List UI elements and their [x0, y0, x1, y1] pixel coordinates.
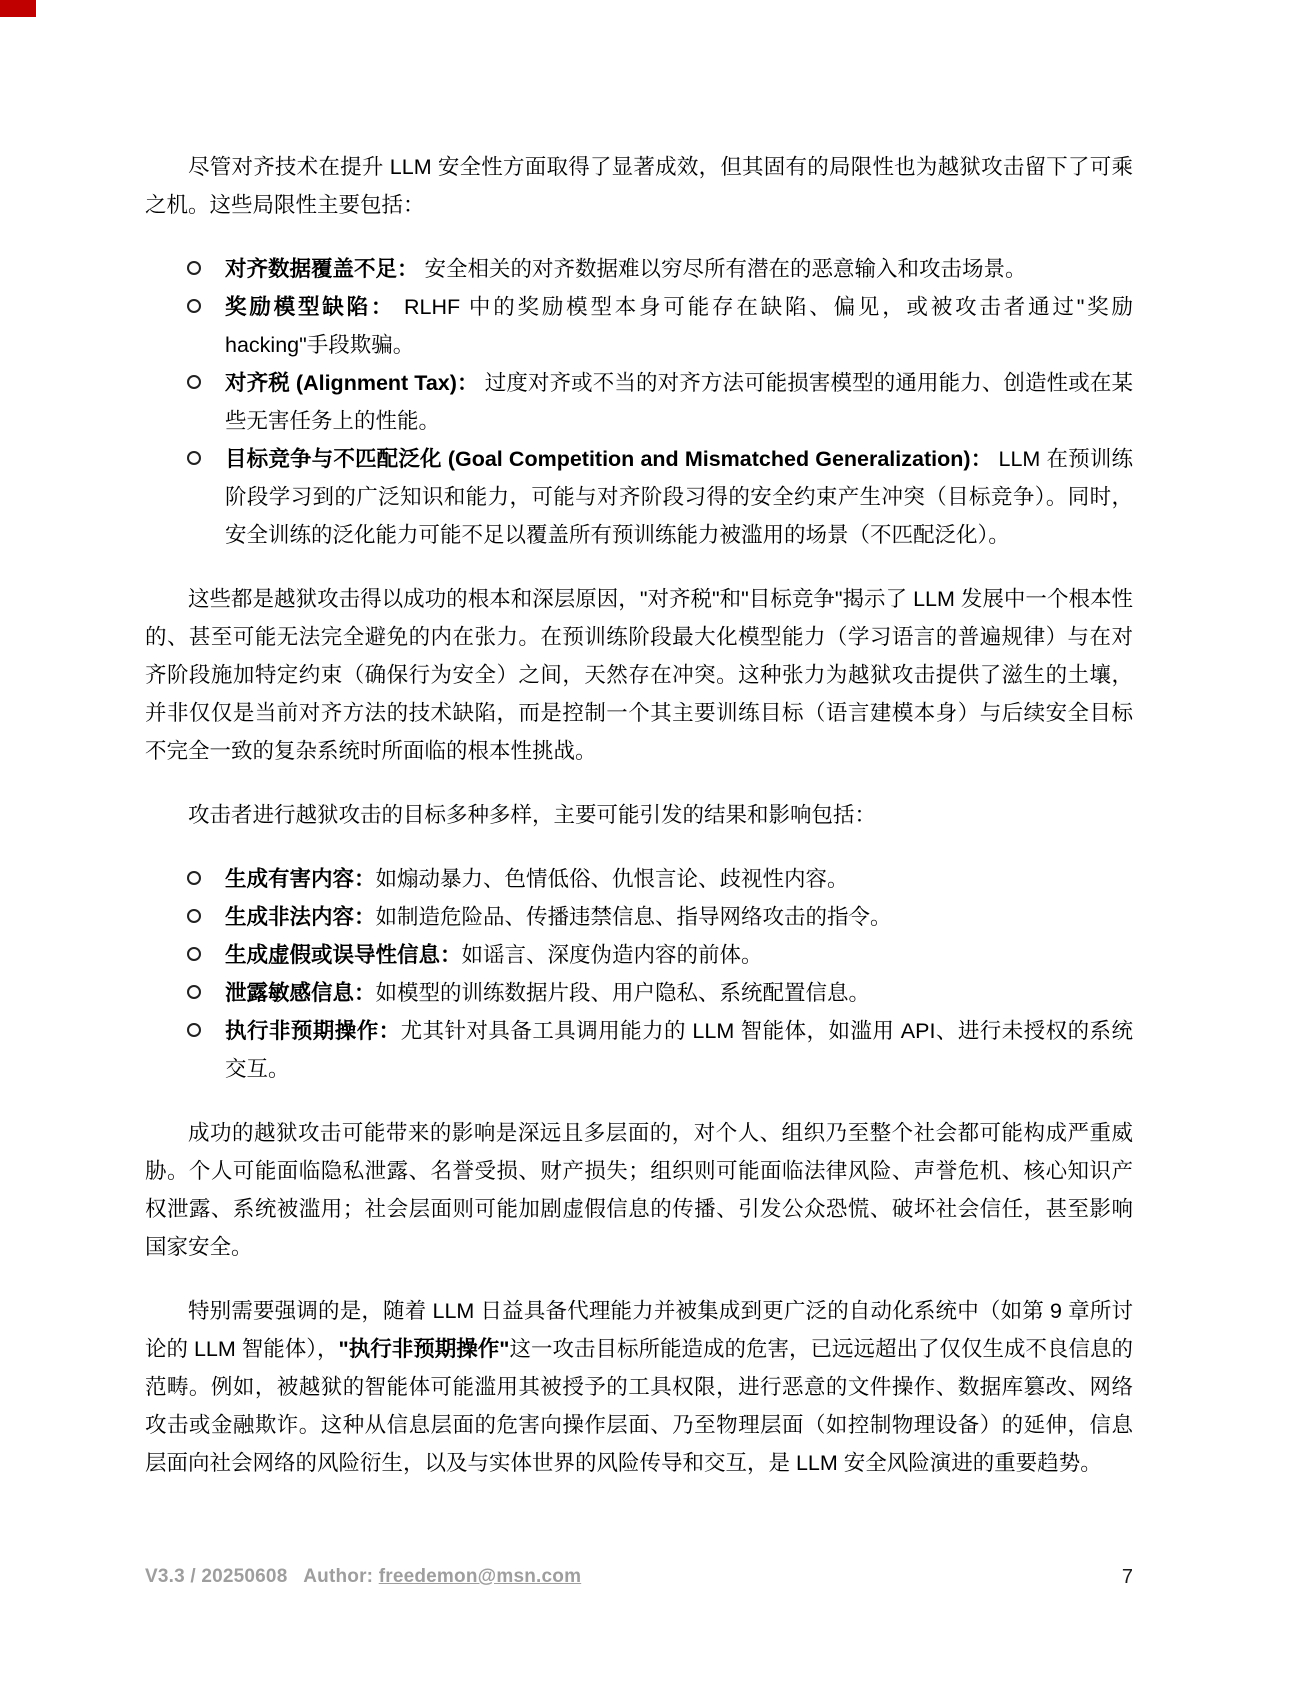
circle-bullet-icon	[187, 451, 201, 465]
body-text: 这些都是越狱攻击得以成功的根本和深层原因，"对齐税"和"目标竞争"揭示了 LLM…	[145, 587, 1133, 763]
list-item-label: 奖励模型缺陷：	[225, 295, 395, 319]
list-item-text: 如煽动暴力、色情低俗、仇恨言论、歧视性内容。	[376, 867, 849, 891]
circle-bullet-icon	[187, 947, 201, 961]
page-footer: V3.3 / 20250608 Author: freedemon@msn.co…	[145, 1566, 1133, 1589]
list-item-label: 执行非预期操作：	[225, 1019, 401, 1043]
list-item-text: 安全相关的对齐数据难以穷尽所有潜在的恶意输入和攻击场景。	[419, 257, 1027, 281]
list-item: 生成虚假或误导性信息：如谣言、深度伪造内容的前体。	[145, 936, 1133, 974]
list-item: 目标竞争与不匹配泛化 (Goal Competition and Mismatc…	[145, 440, 1133, 554]
paragraph: 成功的越狱攻击可能带来的影响是深远且多层面的，对个人、组织乃至整个社会都可能构成…	[145, 1114, 1133, 1266]
list-item: 对齐税 (Alignment Tax)： 过度对齐或不当的对齐方法可能损害模型的…	[145, 364, 1133, 440]
list-item-label: 泄露敏感信息：	[225, 981, 376, 1005]
page-number: 7	[1122, 1566, 1133, 1589]
author-email-link[interactable]: freedemon@msn.com	[379, 1566, 581, 1587]
bullet-list: 对齐数据覆盖不足： 安全相关的对齐数据难以穷尽所有潜在的恶意输入和攻击场景。奖励…	[145, 250, 1133, 554]
circle-bullet-icon	[187, 871, 201, 885]
body-text: 成功的越狱攻击可能带来的影响是深远且多层面的，对个人、组织乃至整个社会都可能构成…	[145, 1121, 1133, 1259]
circle-bullet-icon	[187, 985, 201, 999]
footer-version-author: V3.3 / 20250608 Author: freedemon@msn.co…	[145, 1566, 581, 1588]
paragraph: 尽管对齐技术在提升 LLM 安全性方面取得了显著成效，但其固有的局限性也为越狱攻…	[145, 148, 1133, 224]
list-item-label: 对齐税 (Alignment Tax)：	[225, 371, 479, 395]
list-item-label: 目标竞争与不匹配泛化 (Goal Competition and Mismatc…	[225, 447, 992, 471]
bullet-list: 生成有害内容：如煽动暴力、色情低俗、仇恨言论、歧视性内容。生成非法内容：如制造危…	[145, 860, 1133, 1088]
list-item-text: 如谣言、深度伪造内容的前体。	[462, 943, 763, 967]
version-text: V3.3 / 20250608	[145, 1566, 287, 1587]
author-label: Author:	[303, 1566, 373, 1587]
list-item: 对齐数据覆盖不足： 安全相关的对齐数据难以穷尽所有潜在的恶意输入和攻击场景。	[145, 250, 1133, 288]
circle-bullet-icon	[187, 909, 201, 923]
list-item: 执行非预期操作：尤其针对具备工具调用能力的 LLM 智能体，如滥用 API、进行…	[145, 1012, 1133, 1088]
body-text: 尽管对齐技术在提升 LLM 安全性方面取得了显著成效，但其固有的局限性也为越狱攻…	[145, 155, 1133, 217]
list-item: 泄露敏感信息：如模型的训练数据片段、用户隐私、系统配置信息。	[145, 974, 1133, 1012]
list-item: 奖励模型缺陷： RLHF 中的奖励模型本身可能存在缺陷、偏见，或被攻击者通过"奖…	[145, 288, 1133, 364]
corner-marker	[0, 0, 36, 17]
list-item: 生成有害内容：如煽动暴力、色情低俗、仇恨言论、歧视性内容。	[145, 860, 1133, 898]
paragraph: 攻击者进行越狱攻击的目标多种多样，主要可能引发的结果和影响包括：	[145, 796, 1133, 834]
list-item-label: 对齐数据覆盖不足：	[225, 257, 419, 281]
body-text: 攻击者进行越狱攻击的目标多种多样，主要可能引发的结果和影响包括：	[188, 803, 876, 827]
list-item-text: 如制造危险品、传播违禁信息、指导网络攻击的指令。	[376, 905, 892, 929]
circle-bullet-icon	[187, 375, 201, 389]
list-item-label: 生成非法内容：	[225, 905, 376, 929]
bold-text: "执行非预期操作"	[339, 1337, 510, 1361]
list-item-label: 生成虚假或误导性信息：	[225, 943, 462, 967]
document-body: 尽管对齐技术在提升 LLM 安全性方面取得了显著成效，但其固有的局限性也为越狱攻…	[145, 148, 1133, 1482]
circle-bullet-icon	[187, 1023, 201, 1037]
circle-bullet-icon	[187, 299, 201, 313]
paragraph: 这些都是越狱攻击得以成功的根本和深层原因，"对齐税"和"目标竞争"揭示了 LLM…	[145, 580, 1133, 770]
list-item-label: 生成有害内容：	[225, 867, 376, 891]
list-item: 生成非法内容：如制造危险品、传播违禁信息、指导网络攻击的指令。	[145, 898, 1133, 936]
paragraph: 特别需要强调的是，随着 LLM 日益具备代理能力并被集成到更广泛的自动化系统中（…	[145, 1292, 1133, 1482]
circle-bullet-icon	[187, 261, 201, 275]
document-page: 尽管对齐技术在提升 LLM 安全性方面取得了显著成效，但其固有的局限性也为越狱攻…	[0, 0, 1300, 1683]
list-item-text: 如模型的训练数据片段、用户隐私、系统配置信息。	[376, 981, 871, 1005]
footer-spacer	[293, 1566, 298, 1587]
